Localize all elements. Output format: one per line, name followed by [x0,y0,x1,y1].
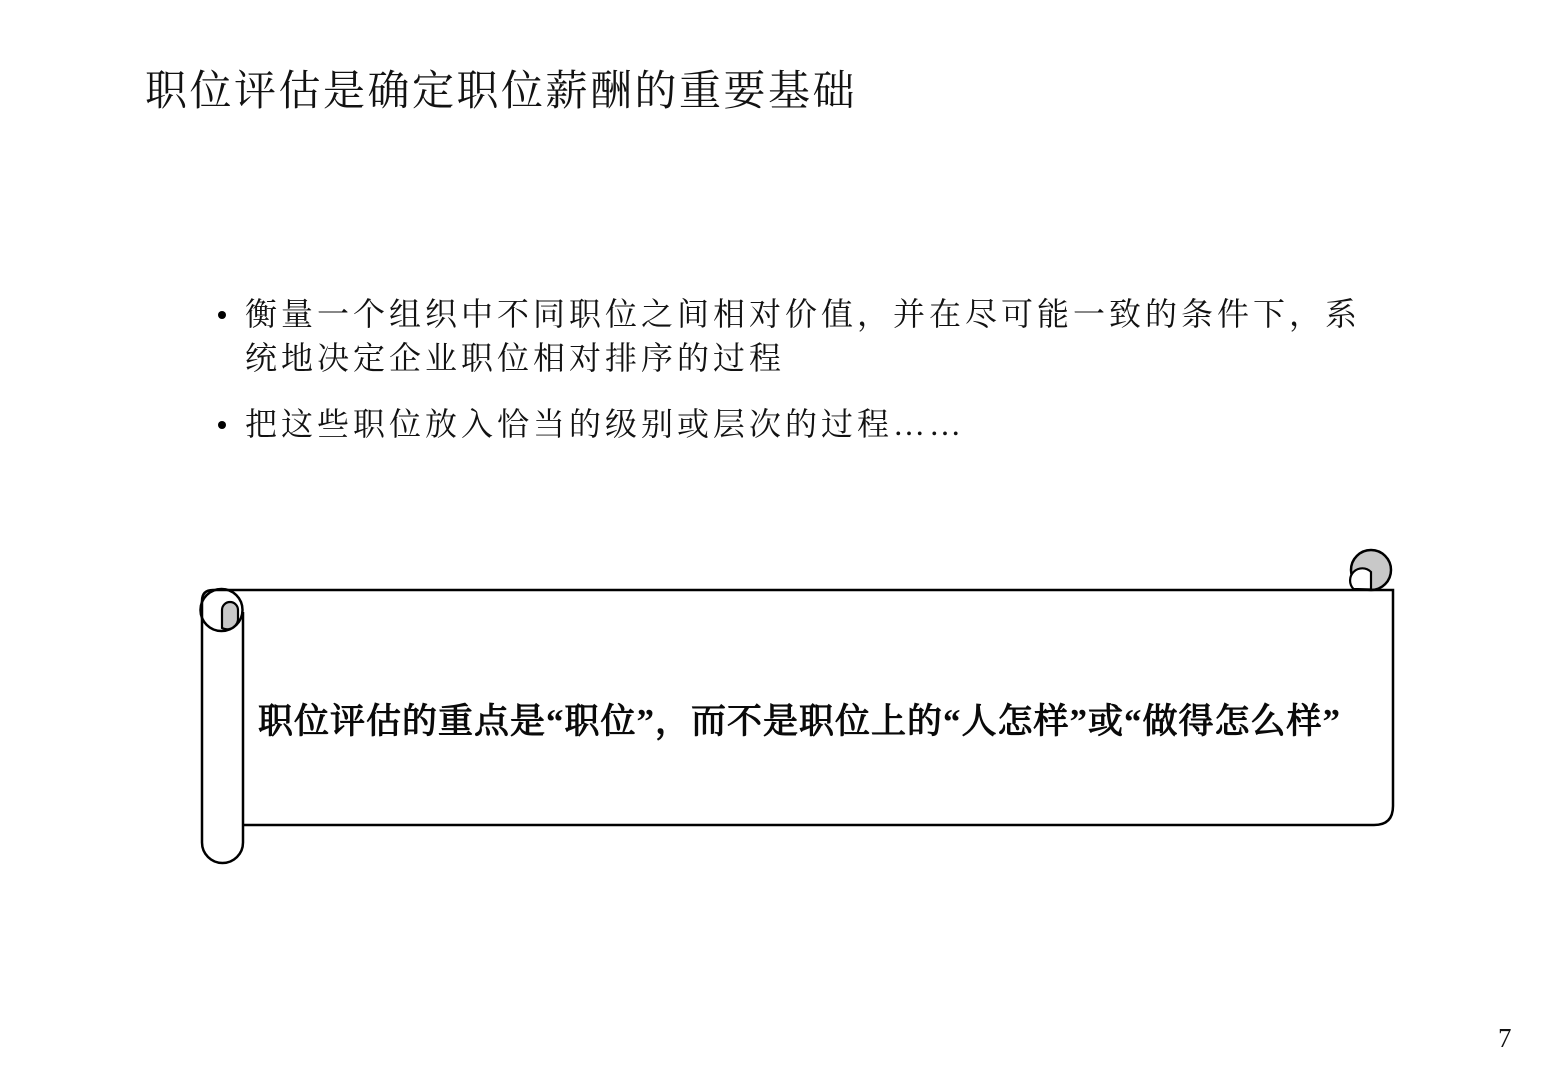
bullet-icon [218,311,226,319]
bullet-icon [218,421,226,429]
presentation-slide: 职位评估是确定职位薪酬的重要基础 衡量一个组织中不同职位之间相对价值，并在尽可能… [0,0,1560,1080]
bullet-text: 把这些职位放入恰当的级别或层次的过程…… [245,406,965,442]
page-number: 7 [1498,1022,1512,1054]
scroll-left-curl-inner [222,602,238,629]
bullet-list: 衡量一个组织中不同职位之间相对价值，并在尽可能一致的条件下，系统地决定企业职位相… [202,292,1402,468]
slide-title: 职位评估是确定职位薪酬的重要基础 [145,66,857,118]
scroll-right-curl-notch [1350,568,1371,589]
scroll-banner-text: 职位评估的重点是“职位”，而不是职位上的“人怎样”或“做得怎么样” [258,699,1370,744]
list-item: 把这些职位放入恰当的级别或层次的过程…… [202,402,1395,446]
scroll-left-roll [202,601,243,863]
list-item: 衡量一个组织中不同职位之间相对价值，并在尽可能一致的条件下，系统地决定企业职位相… [202,292,1395,380]
bullet-text: 衡量一个组织中不同职位之间相对价值，并在尽可能一致的条件下，系统地决定企业职位相… [245,296,1361,376]
